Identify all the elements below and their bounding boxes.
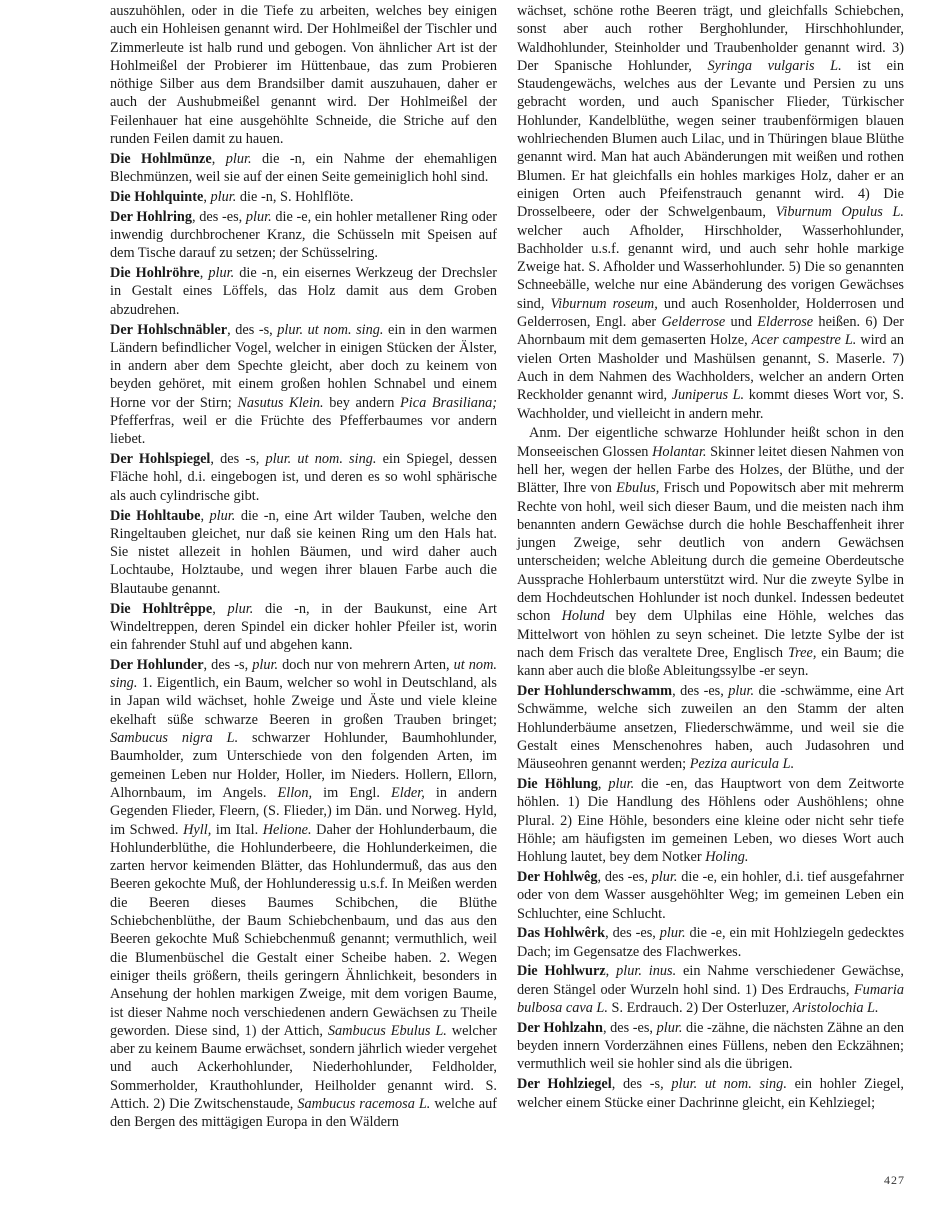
entry-text: im Ital.: [211, 822, 262, 838]
dictionary-entry: Die Hohlwurz, plur. inus. ein Nahme vers…: [517, 962, 904, 1017]
entry-headword: Der Hohlziegel: [517, 1076, 612, 1092]
dictionary-entry: Die Hohlröhre, plur. die -n, ein eiserne…: [110, 264, 497, 319]
entry-text: , des -es,: [672, 683, 728, 699]
dictionary-entry: Der Hohlzahn, des -es, plur. die -zähne,…: [517, 1019, 904, 1074]
italic-term: Holund: [562, 608, 605, 624]
entry-headword: Der Hohlzahn: [517, 1020, 603, 1036]
italic-term: plur.: [608, 776, 634, 792]
entry-text: ,: [606, 963, 616, 979]
entry-text: , des -s,: [210, 451, 265, 467]
italic-term: Sambucus Ebulus L.: [328, 1023, 447, 1039]
italic-term: Syringa vulgaris L.: [708, 58, 842, 74]
entry-headword: Die Hohltaube: [110, 508, 200, 524]
italic-term: plur.: [652, 869, 678, 885]
italic-term: plur.: [252, 657, 278, 673]
italic-term: plur. ut nom. sing.: [671, 1076, 787, 1092]
text-paragraph: auszuhöhlen, oder in die Tiefe zu arbeit…: [110, 2, 497, 148]
entry-text: ,: [212, 151, 226, 167]
italic-term: Ellon,: [278, 785, 313, 801]
dictionary-entry: Der Hohlunderschwamm, des -es, plur. die…: [517, 682, 904, 773]
entry-text: und: [725, 314, 757, 330]
page-number: 427: [884, 1173, 905, 1188]
italic-term: Acer campestre L.: [752, 332, 857, 348]
entry-text: , des -es,: [605, 925, 660, 941]
entry-text: Daher der Hohlunderbaum, die Hohlunderbl…: [110, 822, 497, 1039]
entry-text: Pfefferfras, weil er die Früchte des Pfe…: [110, 413, 497, 447]
entry-headword: Die Höhlung: [517, 776, 598, 792]
entry-text: , des -es,: [598, 869, 652, 885]
italic-term: Sambucus nigra L.: [110, 730, 238, 746]
italic-term: plur.: [210, 508, 236, 524]
dictionary-entry: Der Hohlziegel, des -s, plur. ut nom. si…: [517, 1075, 904, 1112]
dictionary-entry: Der Hohlring, des -es, plur. die -e, ein…: [110, 208, 497, 263]
italic-term: Gelderrose: [661, 314, 725, 330]
entry-text: bey andern: [324, 395, 400, 411]
entry-text: 1. Eigentlich, ein Baum, welcher so wohl…: [110, 675, 497, 728]
entry-headword: Der Hohlschnäbler: [110, 322, 227, 338]
entry-text: im Engl.: [312, 785, 391, 801]
italic-term: plur.: [657, 1020, 683, 1036]
italic-term: Nasutus Klein.: [237, 395, 323, 411]
italic-term: Viburnum roseum,: [550, 296, 657, 312]
dictionary-entry: Der Hohlschnäbler, des -s, plur. ut nom.…: [110, 321, 497, 449]
entry-text: ,: [200, 508, 209, 524]
entry-text: S. Erdrauch. 2) Der Osterluzer,: [608, 1000, 793, 1016]
right-column: wächset, schöne rothe Beeren trägt, und …: [517, 2, 904, 1113]
entry-headword: Die Hohlmünze: [110, 151, 212, 167]
entry-headword: Die Hohlquinte: [110, 189, 203, 205]
entry-text: , des -es,: [192, 209, 246, 225]
text-paragraph: wächset, schöne rothe Beeren trägt, und …: [517, 2, 904, 423]
italic-term: Holing.: [705, 849, 748, 865]
entry-text: auszuhöhlen, oder in die Tiefe zu arbeit…: [110, 3, 497, 147]
italic-term: Peziza auricula L.: [690, 756, 794, 772]
text-paragraph: Anm. Der eigentliche schwarze Hohlunder …: [517, 424, 904, 680]
dictionary-entry: Die Hohltaube, plur. die -n, eine Art wi…: [110, 507, 497, 598]
entry-text: die -n, S. Hohlflöte.: [236, 189, 353, 205]
dictionary-entry: Der Hohlwêg, des -es, plur. die -e, ein …: [517, 868, 904, 923]
entry-headword: Der Hohlwêg: [517, 869, 598, 885]
italic-term: Elder,: [391, 785, 425, 801]
dictionary-entry: Der Hohlspiegel, des -s, plur. ut nom. s…: [110, 450, 497, 505]
italic-term: plur.: [211, 189, 237, 205]
entry-text: Frisch und Popowitsch aber mit mehrerm R…: [517, 480, 904, 624]
entry-headword: Die Hohlwurz: [517, 963, 606, 979]
italic-term: Sambucus racemosa L.: [297, 1096, 430, 1112]
dictionary-entry: Das Hohlwêrk, des -es, plur. die -e, ein…: [517, 924, 904, 961]
entry-headword: Die Hohltrêppe: [110, 601, 212, 617]
italic-term: Aristolochia L.: [793, 1000, 879, 1016]
entry-text: , des -s,: [204, 657, 253, 673]
italic-term: Juniperus L.: [672, 387, 744, 403]
italic-term: plur. ut nom. sing.: [277, 322, 383, 338]
dictionary-entry: Die Hohlmünze, plur. die -n, ein Nahme d…: [110, 150, 497, 187]
italic-term: Ebulus,: [616, 480, 659, 496]
entry-text: , des -es,: [603, 1020, 657, 1036]
italic-term: plur. inus.: [616, 963, 676, 979]
entry-headword: Der Hohlspiegel: [110, 451, 210, 467]
italic-term: Hyll,: [183, 822, 211, 838]
italic-term: Tree,: [788, 645, 816, 661]
entry-text: , des -s,: [612, 1076, 672, 1092]
italic-term: plur. ut nom. sing.: [265, 451, 376, 467]
entry-text: ,: [598, 776, 609, 792]
dictionary-entry: Die Hohltrêppe, plur. die -n, in der Bau…: [110, 600, 497, 655]
dictionary-entry: Die Hohlquinte, plur. die -n, S. Hohlflö…: [110, 188, 497, 206]
entry-headword: Das Hohlwêrk: [517, 925, 605, 941]
dictionary-entry: Die Höhlung, plur. die -en, das Hauptwor…: [517, 775, 904, 866]
italic-term: Pica Brasiliana;: [400, 395, 497, 411]
italic-term: Elderrose: [757, 314, 813, 330]
entry-headword: Der Hohlunderschwamm: [517, 683, 672, 699]
entry-text: ,: [212, 601, 227, 617]
entry-text: ,: [203, 189, 210, 205]
italic-term: plur.: [226, 151, 252, 167]
entry-text: , des -s,: [227, 322, 277, 338]
dictionary-entry: Der Hohlunder, des -s, plur. doch nur vo…: [110, 656, 497, 1132]
entry-headword: Der Hohlring: [110, 209, 192, 225]
italic-term: plur.: [246, 209, 272, 225]
entry-headword: Der Hohlunder: [110, 657, 204, 673]
left-column: auszuhöhlen, oder in die Tiefe zu arbeit…: [110, 2, 497, 1133]
italic-term: Holantar.: [652, 444, 706, 460]
entry-text: doch nur von mehrern Arten,: [278, 657, 454, 673]
entry-text: ist ein Staudengewächs, welches aus der …: [517, 58, 904, 220]
italic-term: plur.: [660, 925, 686, 941]
italic-term: plur.: [227, 601, 253, 617]
italic-term: Viburnum Opulus L.: [776, 204, 904, 220]
italic-term: plur.: [728, 683, 754, 699]
italic-term: Helione.: [263, 822, 312, 838]
entry-headword: Die Hohlröhre: [110, 265, 200, 281]
italic-term: plur.: [208, 265, 234, 281]
